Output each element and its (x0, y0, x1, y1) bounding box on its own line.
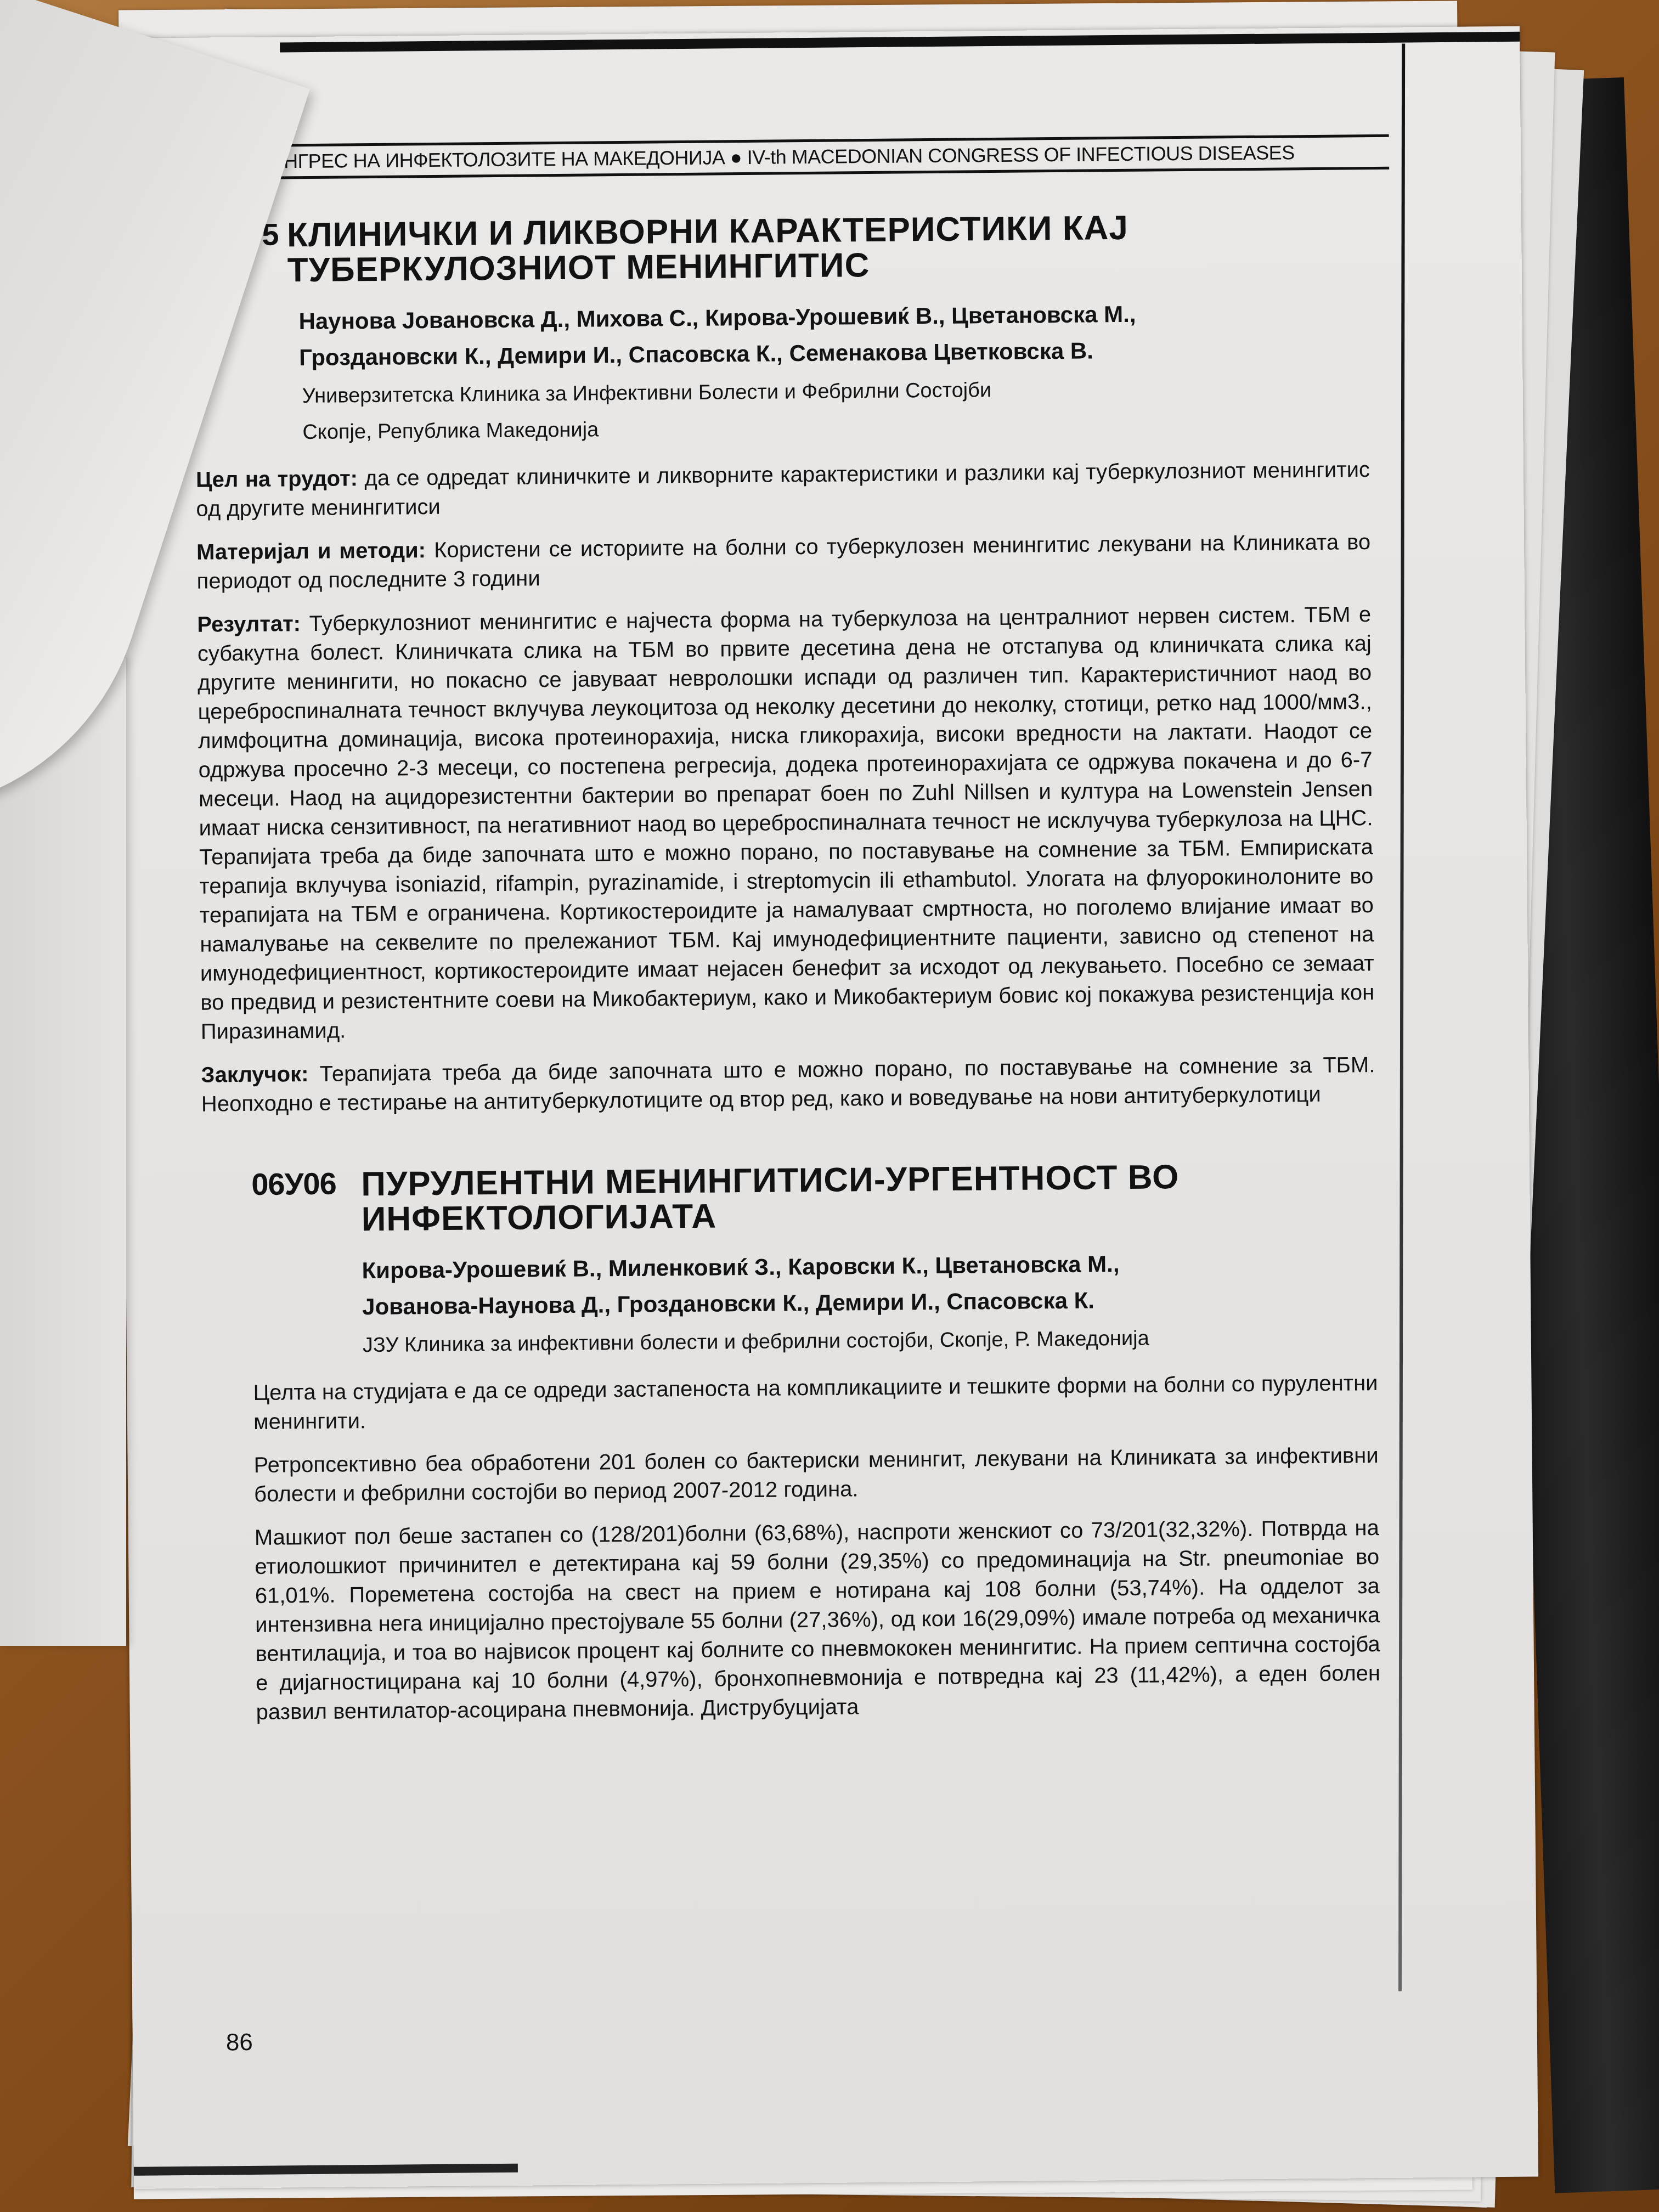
section-results: Резултат: Туберкулозниот менингитис е на… (197, 600, 1375, 1047)
paragraph: Машкиот пол беше застапен со (128/201)бо… (255, 1514, 1381, 1727)
section-text: Терапијата треба да биде започната што е… (201, 1053, 1375, 1116)
section-aim: Цел на трудот: да се одредат клиничките … (196, 455, 1370, 524)
curled-page-edge (0, 658, 126, 1646)
abstract: 06У06 ПУРУЛЕНТНИ МЕНИНГИТИСИ-УРГЕНТНОСТ … (251, 1158, 1403, 1727)
abstract-code: 06У06 (251, 1167, 362, 1201)
page-content: 06У05 КЛИНИЧКИ И ЛИКВОРНИ КАРАКТЕРИСТИКИ… (194, 208, 1403, 1742)
abstract-body: Целта на студијата е да се одреди застап… (253, 1369, 1380, 1727)
paragraph: Целта на студијата е да се одреди застап… (253, 1369, 1378, 1437)
affiliation-line: ЈЗУ Клиника за инфективни болести и фебр… (363, 1318, 1406, 1364)
document-page: IV-ти КОНГРЕС НА ИНФЕКТОЛОЗИТЕ НА МАКЕДО… (115, 26, 1538, 2189)
page-bottom-edge (134, 2164, 518, 2176)
section-text: да се одредат клиничките и ликворните ка… (196, 458, 1370, 521)
abstract-heading: 06У05 КЛИНИЧКИ И ЛИКВОРНИ КАРАКТЕРИСТИКИ… (194, 208, 1390, 289)
abstract-authors: Наунова Јовановска Д., Михова С., Кирова… (298, 295, 1341, 376)
running-header: IV-ти КОНГРЕС НА ИНФЕКТОЛОЗИТЕ НА МАКЕДО… (210, 134, 1389, 180)
abstract-affiliation: ЈЗУ Клиника за инфективни болести и фебр… (363, 1318, 1406, 1364)
paragraph: Ретропсективно беа обработени 201 болен … (253, 1441, 1379, 1509)
page-number: 86 (226, 2029, 253, 2056)
abstract-authors: Кирова-Урошевиќ В., Миленковиќ З., Каров… (362, 1244, 1404, 1325)
section-label: Цел на трудот: (196, 466, 358, 492)
abstract-affiliation: Универзитетска Клиника за Инфективни Бол… (302, 369, 1345, 450)
abstract-body: Цел на трудот: да се одредат клиничките … (196, 455, 1375, 1119)
abstract-title: ПУРУЛЕНТНИ МЕНИНГИТИСИ-УРГЕНТНОСТ ВО ИНФ… (361, 1159, 1239, 1237)
section-conclusion: Заклучок: Терапијата треба да биде започ… (201, 1051, 1375, 1119)
section-methods: Материјал и методи: Користени се истории… (196, 528, 1371, 596)
section-label: Резултат: (197, 612, 301, 637)
section-text: Туберкулозниот менингитис е најчеста фор… (198, 602, 1375, 1044)
abstract-heading: 06У06 ПУРУЛЕНТНИ МЕНИНГИТИСИ-УРГЕНТНОСТ … (251, 1158, 1398, 1238)
abstract-title: КЛИНИЧКИ И ЛИКВОРНИ КАРАКТЕРИСТИКИ КАЈ Т… (287, 210, 1165, 288)
section-label: Заклучок: (201, 1062, 308, 1087)
abstract: 06У05 КЛИНИЧКИ И ЛИКВОРНИ КАРАКТЕРИСТИКИ… (194, 208, 1397, 1119)
section-label: Материјал и методи: (196, 538, 426, 565)
